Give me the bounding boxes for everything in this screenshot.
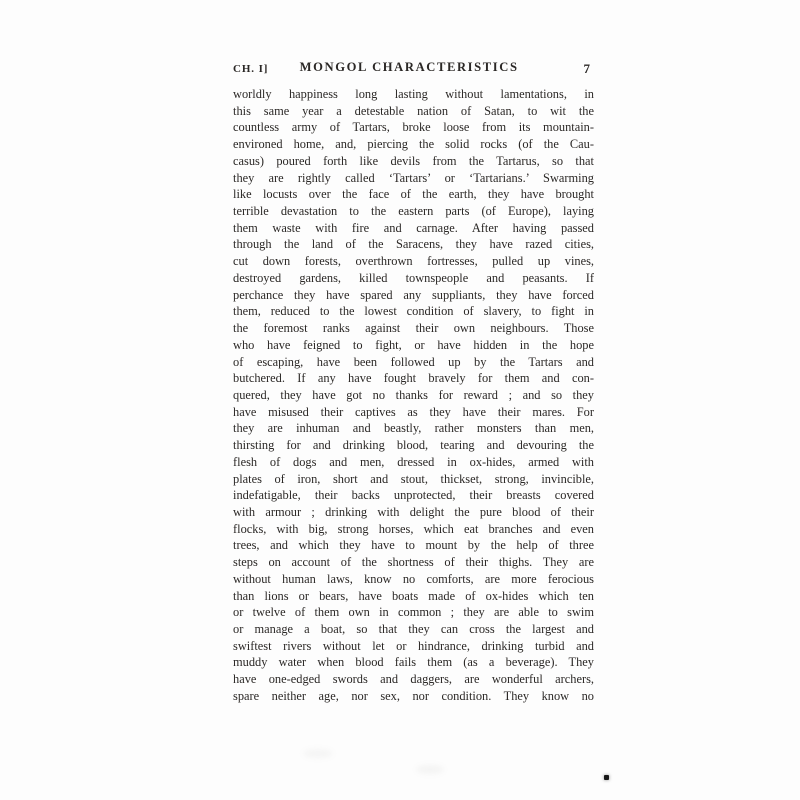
body-text-line: spare neither age, nor sex, nor conditio… [233, 688, 594, 705]
body-text-line: casus) poured forth like devils from the… [233, 153, 594, 170]
body-text-line: swiftest rivers without let or hindrance… [233, 638, 594, 655]
body-text-line: through the land of the Saracens, they h… [233, 236, 594, 253]
body-text-line: destroyed gardens, killed townspeople an… [233, 270, 594, 287]
body-text-line: steps on account of the shortness of the… [233, 554, 594, 571]
body-text-line: the foremost ranks against their own nei… [233, 320, 594, 337]
body-text-line: have one-edged swords and daggers, are w… [233, 671, 594, 688]
body-text-line: them, reduced to the lowest condition of… [233, 303, 594, 320]
body-text-line: flocks, with big, strong horses, which e… [233, 521, 594, 538]
body-text-line: indefatigable, their backs unprotected, … [233, 487, 594, 504]
body-text-line: or twelve of them own in common ; they a… [233, 604, 594, 621]
body-text-line: have misused their captives as they have… [233, 404, 594, 421]
body-text-line: who have feigned to fight, or have hidde… [233, 337, 594, 354]
body-text-line: this same year a detestable nation of Sa… [233, 103, 594, 120]
body-text-line: thirsting for and drinking blood, tearin… [233, 437, 594, 454]
body-text-line: like locusts over the face of the earth,… [233, 186, 594, 203]
body-text-line: flesh of dogs and men, dressed in ox-hid… [233, 454, 594, 471]
body-text-block: worldly happiness long lasting without l… [233, 86, 594, 705]
scan-smudge [416, 765, 444, 774]
body-text-line: trees, and which they have to mount by t… [233, 537, 594, 554]
body-text-line: of escaping, have been followed up by th… [233, 354, 594, 371]
body-text-line: they are rightly called ‘Tartars’ or ‘Ta… [233, 170, 594, 187]
body-text-line: environed home, and, piercing the solid … [233, 136, 594, 153]
body-text-line: muddy water when blood fails them (as a … [233, 654, 594, 671]
book-page: CH. I] MONGOL CHARACTERISTICS 7 worldly … [0, 0, 800, 800]
body-text-line: countless army of Tartars, broke loose f… [233, 119, 594, 136]
body-text-line: perchance they have spared any suppliant… [233, 287, 594, 304]
ink-speck [604, 775, 609, 780]
body-text-line: quered, they have got no thanks for rewa… [233, 387, 594, 404]
body-text-line: them waste with fire and carnage. After … [233, 220, 594, 237]
body-text-line: terrible devastation to the eastern part… [233, 203, 594, 220]
page-title: MONGOL CHARACTERISTICS [300, 60, 519, 75]
body-text-line: without human laws, know no comforts, ar… [233, 571, 594, 588]
body-text-line: worldly happiness long lasting without l… [233, 86, 594, 103]
body-text-line: cut down forests, overthrown fortresses,… [233, 253, 594, 270]
page-number: 7 [584, 61, 591, 77]
body-text-line: plates of iron, short and stout, thickse… [233, 471, 594, 488]
body-text-line: with armour ; drinking with delight the … [233, 504, 594, 521]
body-text-line: they are inhuman and beastly, rather mon… [233, 420, 594, 437]
chapter-label: CH. I] [233, 63, 268, 75]
scan-smudge [303, 749, 333, 758]
body-text-line: or manage a boat, so that they can cross… [233, 621, 594, 638]
body-text-line: butchered. If any have fought bravely fo… [233, 370, 594, 387]
body-text-line: than lions or bears, have boats made of … [233, 588, 594, 605]
running-header: CH. I] MONGOL CHARACTERISTICS 7 [233, 60, 594, 78]
